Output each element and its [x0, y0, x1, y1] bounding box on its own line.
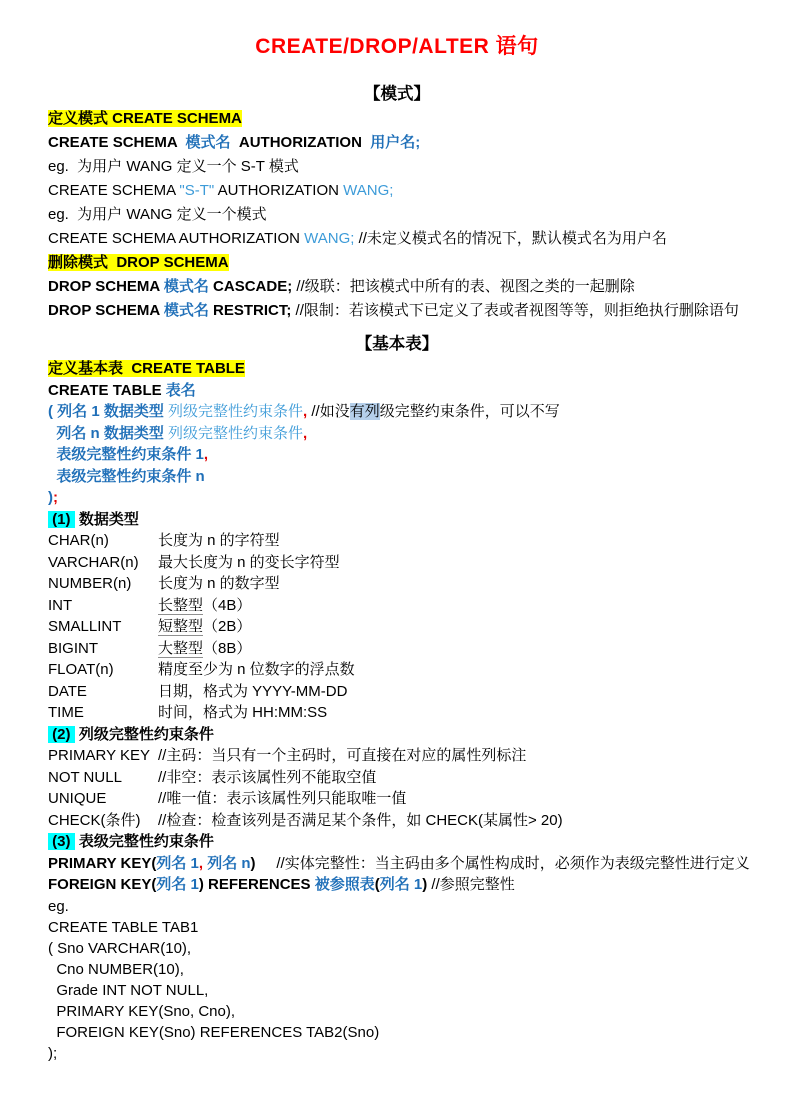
section-heading: 【模式】 [48, 82, 746, 106]
text-run: 模式名 [164, 302, 209, 319]
text-line: CREATE SCHEMA "S-T" AUTHORIZATION WANG; [48, 179, 746, 203]
text-run: 【模式】 [364, 85, 430, 103]
keyword-cell: TIME [48, 702, 158, 724]
keyword-cell: UNIQUE [48, 788, 158, 810]
text-run: Grade INT NOT NULL, [48, 982, 208, 999]
text-run: 时间，格式为 HH:MM:SS [158, 704, 327, 721]
text-run: //唯一值：表示该属性列只能取唯一值 [158, 790, 406, 807]
text-line: 删除模式 DROP SCHEMA [48, 251, 746, 275]
text-line: PRIMARY KEY(列名 1, 列名 n) //实体完整性：当主码由多个属性… [48, 853, 746, 875]
text-run: AUTHORIZATION [214, 182, 343, 199]
text-line: 表级完整性约束条件 1, [48, 444, 746, 466]
definition-row: FLOAT(n)精度至少为 n 位数字的浮点数 [48, 659, 746, 681]
text-line: (2) 列级完整性约束条件 [48, 724, 746, 746]
keyword-cell: NUMBER(n) [48, 573, 158, 595]
definition-row: DATE日期，格式为 YYYY-MM-DD [48, 681, 746, 703]
definition-row: NOT NULL//非空：表示该属性列不能取空值 [48, 767, 746, 789]
text-run: //参照完整性 [431, 876, 514, 893]
text-run: 表名 [166, 382, 196, 399]
text-run: 精度至少为 n 位数字的浮点数 [158, 661, 355, 678]
keyword-cell: SMALLINT [48, 616, 158, 638]
text-run: 定义模式 CREATE SCHEMA [48, 110, 242, 127]
text-run: 模式名 [186, 134, 231, 151]
keyword-cell: PRIMARY KEY [48, 745, 158, 767]
text-run: 最大长度为 n 的变长字符型 [158, 554, 340, 571]
text-line: CREATE TABLE 表名 [48, 380, 746, 402]
text-run: //如没 [307, 403, 350, 420]
text-line: ( Sno VARCHAR(10), [48, 938, 746, 959]
text-run: , [303, 425, 307, 442]
text-run: 模式名 [164, 278, 209, 295]
text-run: //限制：若该模式下已定义了表或者视图等等，则拒绝执行删除语句 [291, 302, 739, 319]
text-line: 表级完整性约束条件 n [48, 466, 746, 488]
text-line: Cno NUMBER(10), [48, 959, 746, 980]
definition-row: BIGINT大整型（8B） [48, 638, 746, 660]
definition-row: SMALLINT短整型（2B） [48, 616, 746, 638]
text-run: 列级完整性约束条件 [168, 403, 303, 420]
text-run: //未定义模式名的情况下，默认模式名为用户名 [354, 230, 667, 247]
text-run: 表级完整性约束条件 1 [48, 446, 204, 463]
text-run: 长度为 n 的字符型 [158, 532, 280, 549]
text-run: CREATE SCHEMA [48, 134, 186, 151]
text-run: //级联：把该模式中所有的表、视图之类的一起删除 [292, 278, 635, 295]
text-run: CREATE TABLE [48, 382, 166, 399]
keyword-cell: VARCHAR(n) [48, 552, 158, 574]
text-run: //主码：当只有一个主码时，可直接在对应的属性列标注 [158, 747, 526, 764]
document-body: 【模式】定义模式 CREATE SCHEMACREATE SCHEMA 模式名 … [48, 82, 746, 1064]
text-line: (1) 数据类型 [48, 509, 746, 531]
text-line: 定义基本表 CREATE TABLE [48, 358, 746, 380]
text-run: WANG; [304, 230, 354, 247]
text-line: CREATE SCHEMA 模式名 AUTHORIZATION 用户名; [48, 131, 746, 155]
text-run: 定义基本表 CREATE TABLE [48, 360, 245, 377]
keyword-cell: FLOAT(n) [48, 659, 158, 681]
text-line: eg. 为用户 WANG 定义一个 S-T 模式 [48, 155, 746, 179]
text-line: eg. 为用户 WANG 定义一个模式 [48, 203, 746, 227]
keyword-cell: INT [48, 595, 158, 617]
keyword-cell: BIGINT [48, 638, 158, 660]
text-run: FOREIGN KEY( [48, 876, 156, 893]
text-line: CREATE SCHEMA AUTHORIZATION WANG; //未定义模… [48, 227, 746, 251]
text-run: 数据类型 [75, 511, 139, 528]
text-run: 级完整约束条件，可以不写 [380, 403, 560, 420]
text-run: ( 列名 1 数据类型 [48, 403, 168, 420]
text-line: CREATE TABLE TAB1 [48, 917, 746, 938]
text-run: AUTHORIZATION [231, 134, 371, 151]
text-run: //实体完整性：当主码由多个属性构成时，必须作为表级完整性进行定义 [256, 855, 750, 872]
text-line: (3) 表级完整性约束条件 [48, 831, 746, 853]
definition-row: PRIMARY KEY//主码：当只有一个主码时，可直接在对应的属性列标注 [48, 745, 746, 767]
text-run: eg. 为用户 WANG 定义一个 S-T 模式 [48, 158, 299, 175]
text-line: ); [48, 487, 746, 509]
text-line: PRIMARY KEY(Sno, Cno), [48, 1001, 746, 1022]
text-run: 大整型 [158, 640, 203, 658]
definition-row: NUMBER(n)长度为 n 的数字型 [48, 573, 746, 595]
text-run: （4B） [203, 597, 251, 614]
text-run: CREATE TABLE TAB1 [48, 919, 198, 936]
text-run: 有列 [350, 403, 380, 420]
text-run: （8B） [203, 640, 251, 657]
text-run: WANG; [343, 182, 393, 199]
text-run: 长整型 [158, 597, 203, 615]
text-line: 定义模式 CREATE SCHEMA [48, 107, 746, 131]
text-run: (2) [48, 726, 75, 743]
text-run: "S-T" [179, 182, 214, 199]
definition-row: TIME时间，格式为 HH:MM:SS [48, 702, 746, 724]
text-run: 表级完整性约束条件 n [48, 468, 205, 485]
text-line: Grade INT NOT NULL, [48, 980, 746, 1001]
keyword-cell: CHECK(条件) [48, 810, 158, 832]
text-run: PRIMARY KEY(Sno, Cno), [48, 1003, 235, 1020]
text-line: DROP SCHEMA 模式名 CASCADE; //级联：把该模式中所有的表、… [48, 275, 746, 299]
text-run: 列级完整性约束条件 [75, 726, 214, 743]
text-run: 【基本表】 [356, 335, 439, 353]
text-run: (1) [48, 511, 75, 528]
text-run: 短整型 [158, 618, 203, 636]
text-run: 用户名; [370, 134, 420, 151]
text-run: ( Sno VARCHAR(10), [48, 940, 191, 957]
page-title: CREATE/DROP/ALTER 语句 [48, 34, 746, 60]
text-run: 列级完整性约束条件 [168, 425, 303, 442]
keyword-cell: DATE [48, 681, 158, 703]
text-run: RESTRICT; [209, 302, 292, 319]
text-run: 列名 n [203, 855, 251, 872]
text-line: DROP SCHEMA 模式名 RESTRICT; //限制：若该模式下已定义了… [48, 299, 746, 323]
text-run: CASCADE; [209, 278, 292, 295]
text-run: 日期，格式为 YYYY-MM-DD [158, 683, 347, 700]
text-run: 列名 n 数据类型 [48, 425, 168, 442]
text-run: ); [48, 1045, 57, 1062]
text-run: 被参照表 [315, 876, 375, 893]
text-run: eg. [48, 898, 69, 915]
text-run: PRIMARY KEY( [48, 855, 156, 872]
document-page: CREATE/DROP/ALTER 语句 【模式】定义模式 CREATE SCH… [0, 0, 786, 1096]
text-run: eg. 为用户 WANG 定义一个模式 [48, 206, 267, 223]
text-run: (3) [48, 833, 75, 850]
text-line: FOREIGN KEY(Sno) REFERENCES TAB2(Sno) [48, 1022, 746, 1043]
keyword-cell: CHAR(n) [48, 530, 158, 552]
text-run: 长度为 n 的数字型 [158, 575, 280, 592]
definition-row: CHECK(条件)//检查：检查该列是否满足某个条件，如 CHECK(某属性> … [48, 810, 746, 832]
text-run: //非空：表示该属性列不能取空值 [158, 769, 376, 786]
definition-row: UNIQUE//唯一值：表示该属性列只能取唯一值 [48, 788, 746, 810]
text-run: 列名 1 [156, 855, 199, 872]
text-run: 表级完整性约束条件 [75, 833, 214, 850]
text-run: ; [53, 489, 58, 506]
text-run: FOREIGN KEY(Sno) REFERENCES TAB2(Sno) [48, 1024, 379, 1041]
text-line: FOREIGN KEY(列名 1) REFERENCES 被参照表(列名 1) … [48, 874, 746, 896]
text-run: 列名 1 [156, 876, 199, 893]
text-run: //检查：检查该列是否满足某个条件，如 CHECK(某属性> 20) [158, 812, 563, 829]
text-run: 列名 1 [380, 876, 423, 893]
definition-row: INT长整型（4B） [48, 595, 746, 617]
text-line: ( 列名 1 数据类型 列级完整性约束条件, //如没有列级完整约束条件，可以不… [48, 401, 746, 423]
text-run: DROP SCHEMA [48, 302, 164, 319]
definition-row: CHAR(n)长度为 n 的字符型 [48, 530, 746, 552]
text-run: ) REFERENCES [199, 876, 315, 893]
text-line: 列名 n 数据类型 列级完整性约束条件, [48, 423, 746, 445]
text-line: ); [48, 1043, 746, 1064]
definition-row: VARCHAR(n)最大长度为 n 的变长字符型 [48, 552, 746, 574]
text-run: , [204, 446, 208, 463]
keyword-cell: NOT NULL [48, 767, 158, 789]
text-run: CREATE SCHEMA [48, 182, 179, 199]
text-run: CREATE SCHEMA AUTHORIZATION [48, 230, 304, 247]
text-line: eg. [48, 896, 746, 917]
text-run: DROP SCHEMA [48, 278, 164, 295]
text-run: （2B） [203, 618, 251, 635]
section-heading: 【基本表】 [48, 332, 746, 356]
text-run: Cno NUMBER(10), [48, 961, 184, 978]
text-run: 删除模式 DROP SCHEMA [48, 254, 229, 271]
